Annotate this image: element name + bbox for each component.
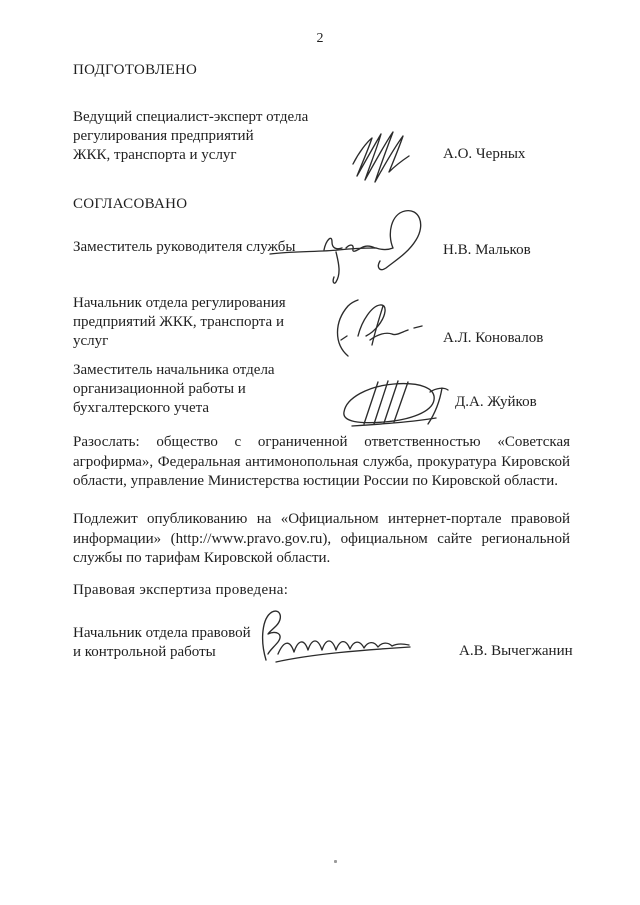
signer-name: Д.А. Жуйков	[455, 394, 537, 411]
distribution-paragraph: Разослать: общество с ограниченной ответ…	[73, 433, 570, 492]
prepared-heading: ПОДГОТОВЛЕНО	[73, 62, 197, 79]
signer-name: А.Л. Коновалов	[443, 330, 543, 347]
page-number: 2	[0, 31, 640, 47]
signer-name: А.О. Черных	[443, 146, 525, 163]
signer-role: Заместитель руководителя службы	[73, 238, 363, 257]
signer-name: А.В. Вычегжанин	[459, 643, 573, 660]
agreed-heading: СОГЛАСОВАНО	[73, 196, 187, 213]
document-page: 2 ПОДГОТОВЛЕНО Ведущий специалист-экспер…	[0, 0, 640, 905]
signer-role: Ведущий специалист-эксперт отдела регули…	[73, 108, 363, 165]
legal-review-heading: Правовая экспертиза проведена:	[73, 582, 288, 599]
publication-paragraph: Подлежит опубликованию на «Официальном и…	[73, 510, 570, 569]
signer-name: Н.В. Мальков	[443, 242, 531, 259]
signer-role: Начальник отдела регулирования предприят…	[73, 294, 363, 351]
scan-artifact-dot	[334, 860, 337, 863]
signer-role: Начальник отдела правовой и контрольной …	[73, 624, 363, 662]
signer-role: Заместитель начальника отдела организаци…	[73, 361, 363, 418]
